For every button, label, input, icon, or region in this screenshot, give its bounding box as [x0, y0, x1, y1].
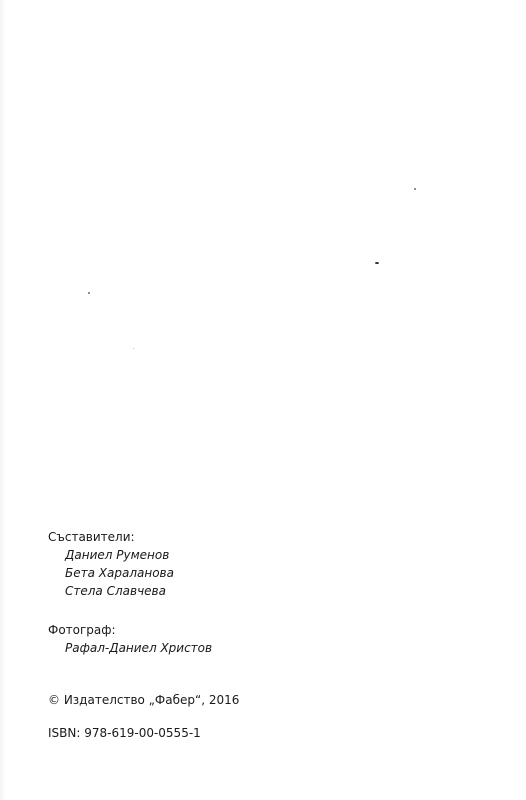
- contributor-name: Стела Славчева: [48, 582, 174, 600]
- photographer-name: Рафал-Даниел Христов: [48, 639, 212, 657]
- scan-speck: [88, 292, 90, 294]
- copyright-notice: © Издателство „Фабер“, 2016: [48, 691, 239, 709]
- scan-edge-shadow: [0, 0, 6, 800]
- contributors-label: Съставители:: [48, 528, 174, 546]
- photographer-label: Фотограф:: [48, 621, 212, 639]
- imprint-page: Съставители: Даниел Руменов Бета Харалан…: [0, 0, 526, 800]
- scan-speck: [133, 348, 134, 349]
- contributors-section: Съставители: Даниел Руменов Бета Харалан…: [48, 528, 174, 600]
- contributor-name: Даниел Руменов: [48, 546, 174, 564]
- isbn-number: ISBN: 978-619-00-0555-1: [48, 724, 201, 742]
- contributor-name: Бета Хараланова: [48, 564, 174, 582]
- photographer-section: Фотограф: Рафал-Даниел Христов: [48, 621, 212, 657]
- scan-speck: [375, 262, 379, 264]
- scan-speck: [414, 188, 416, 190]
